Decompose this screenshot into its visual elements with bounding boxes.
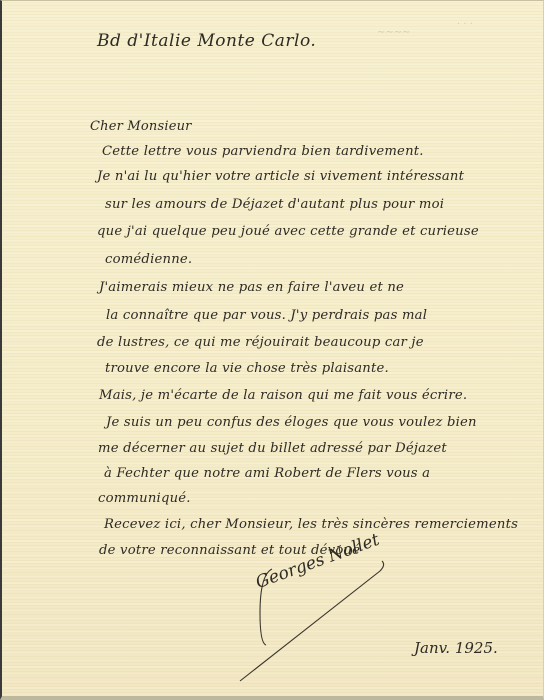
letter-body-line: Mais, je m'écarte de la raison qui me fa… xyxy=(99,388,467,403)
letter-body-line: la connaître que par vous. J'y perdrais … xyxy=(106,308,427,323)
letter-body-line: sur les amours de Déjazet d'autant plus … xyxy=(105,197,444,212)
pencil-note: ~~~~ xyxy=(377,27,411,38)
pencil-note: · · · xyxy=(457,19,473,30)
letter-body-line: trouve encore la vie chose très plaisant… xyxy=(105,361,389,376)
letter-body-line: Recevez ici, cher Monsieur, les très sin… xyxy=(104,517,518,532)
letter-body-line: Je suis un peu confus des éloges que vou… xyxy=(106,415,477,430)
signature: Georges Nollet xyxy=(230,553,390,693)
letter-header-address: Bd d'Italie Monte Carlo. xyxy=(97,31,316,51)
letter-page: ~~~~ · · · Bd d'Italie Monte Carlo. Cher… xyxy=(0,0,544,700)
letter-body-line: comédienne. xyxy=(105,252,192,267)
letter-body-line: à Fechter que notre ami Robert de Flers … xyxy=(104,466,430,481)
letter-body-line: de lustres, ce qui me réjouirait beaucou… xyxy=(97,335,424,350)
letter-body-line: J'aimerais mieux ne pas en faire l'aveu … xyxy=(99,280,404,295)
letter-salutation: Cher Monsieur xyxy=(90,119,192,134)
letter-body-line: me décerner au sujet du billet adressé p… xyxy=(98,441,447,456)
letter-body-line: Je n'ai lu qu'hier votre article si vive… xyxy=(97,169,464,184)
letter-body-line: Cette lettre vous parviendra bien tardiv… xyxy=(102,144,424,159)
letter-date: Janv. 1925. xyxy=(414,639,498,657)
letter-body-line: communiqué. xyxy=(98,491,191,506)
letter-body-line: que j'ai quelque peu joué avec cette gra… xyxy=(97,224,479,239)
